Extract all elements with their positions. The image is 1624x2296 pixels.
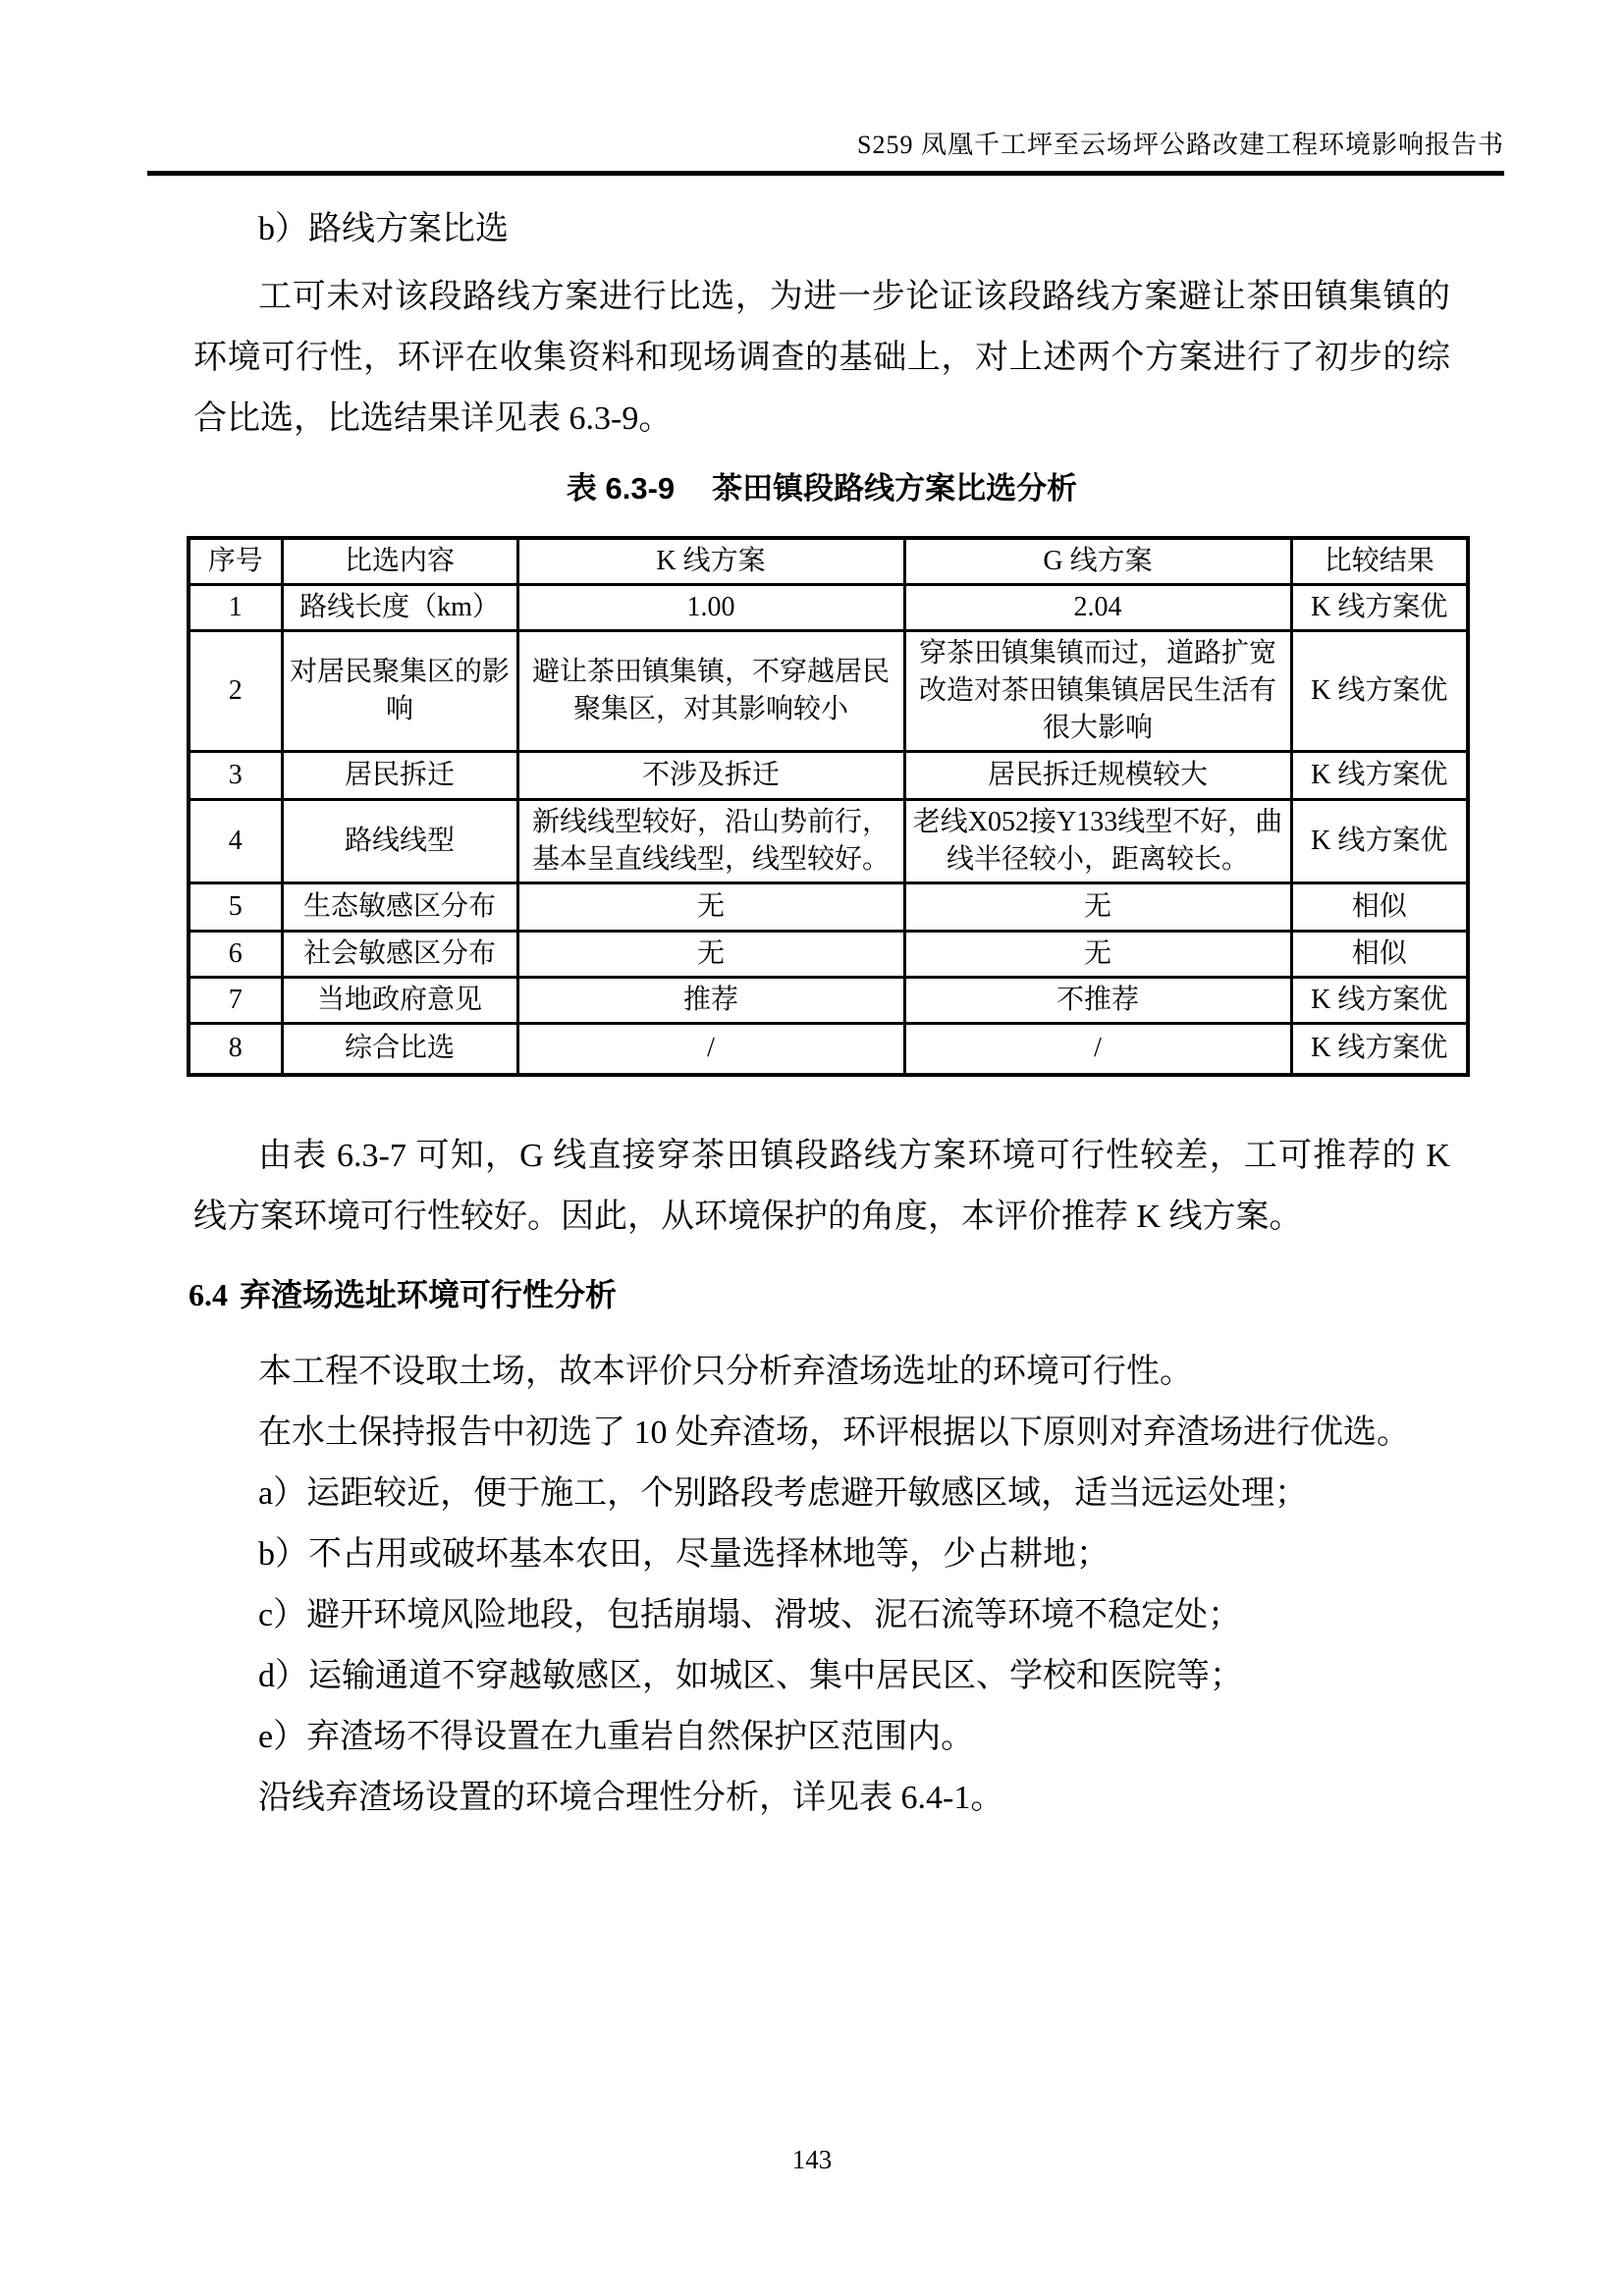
paragraph-route-comparison-intro: 工可未对该段路线方案进行比选，为进一步论证该段路线方案避让茶田镇集镇的环境可行性… <box>193 267 1450 450</box>
cell-result: K 线方案优 <box>1291 1024 1468 1075</box>
table-number: 表 6.3-9 <box>567 471 675 506</box>
cell-content: 居民拆迁 <box>282 752 517 800</box>
list-item-d: d）运输通道不穿越敏感区，如城区、集中居民区、学校和医院等； <box>193 1646 1450 1707</box>
list-item-a: a）运距较近，便于施工，个别路段考虑避开敏感区域，适当远运处理； <box>193 1464 1450 1524</box>
subsection-b-heading: b）路线方案比选 <box>193 208 1450 251</box>
document-page: S259 凤凰千工坪至云场坪公路改建工程环境影响报告书 b）路线方案比选 工可未… <box>0 0 1624 2296</box>
cell-result: K 线方案优 <box>1291 978 1468 1024</box>
cell-result: 相似 <box>1291 883 1468 932</box>
column-header-g-line: G 线方案 <box>904 538 1291 585</box>
cell-content: 社会敏感区分布 <box>282 932 517 978</box>
cell-k-line: 推荐 <box>517 978 904 1024</box>
table-row: 3 居民拆迁 不涉及拆迁 居民拆迁规模较大 K 线方案优 <box>189 752 1468 800</box>
cell-g-line: 居民拆迁规模较大 <box>904 752 1291 800</box>
table-row: 5 生态敏感区分布 无 无 相似 <box>189 883 1468 932</box>
table-caption: 茶田镇段路线方案比选分析 <box>712 471 1077 506</box>
paragraph-spoil-site-selection: 在水土保持报告中初选了 10 处弃渣场，环评根据以下原则对弃渣场进行优选。 <box>193 1403 1450 1464</box>
cell-g-line: 不推荐 <box>904 978 1291 1024</box>
cell-content: 路线线型 <box>282 800 517 883</box>
content-area: b）路线方案比选 工可未对该段路线方案进行比选，为进一步论证该段路线方案避让茶田… <box>193 0 1450 1829</box>
cell-k-line: 新线线型较好，沿山势前行，基本呈直线线型，线型较好。 <box>517 800 904 883</box>
comparison-table: 序号 比选内容 K 线方案 G 线方案 比较结果 1 路线长度（km） 1.00… <box>187 536 1470 1077</box>
cell-index: 1 <box>189 585 282 631</box>
list-item-e: e）弃渣场不得设置在九重岩自然保护区范围内。 <box>193 1707 1450 1768</box>
table-row: 2 对居民聚集区的影响 避让茶田镇集镇，不穿越居民聚集区，对其影响较小 穿茶田镇… <box>189 631 1468 752</box>
list-item-b: b）不占用或破坏基本农田，尽量选择林地等，少占耕地； <box>193 1524 1450 1585</box>
cell-content: 生态敏感区分布 <box>282 883 517 932</box>
cell-k-line: 避让茶田镇集镇，不穿越居民聚集区，对其影响较小 <box>517 631 904 752</box>
table-title: 表 6.3-9茶田镇段路线方案比选分析 <box>193 467 1450 510</box>
cell-index: 4 <box>189 800 282 883</box>
cell-index: 2 <box>189 631 282 752</box>
cell-index: 5 <box>189 883 282 932</box>
cell-result: K 线方案优 <box>1291 631 1468 752</box>
paragraph-comparison-conclusion: 由表 6.3-7 可知，G 线直接穿茶田镇段路线方案环境可行性较差，工可推荐的 … <box>193 1126 1450 1248</box>
table-row: 8 综合比选 / / K 线方案优 <box>189 1024 1468 1075</box>
cell-k-line: 无 <box>517 932 904 978</box>
section-heading-6-4: 6.4弃渣场选址环境可行性分析 <box>189 1271 1450 1318</box>
cell-g-line: 老线X052接Y133线型不好，曲线半径较小，距离较长。 <box>904 800 1291 883</box>
cell-result: K 线方案优 <box>1291 752 1468 800</box>
page-number: 143 <box>0 2144 1624 2175</box>
cell-g-line: / <box>904 1024 1291 1075</box>
table-header-row: 序号 比选内容 K 线方案 G 线方案 比较结果 <box>189 538 1468 585</box>
cell-k-line: 无 <box>517 883 904 932</box>
column-header-index: 序号 <box>189 538 282 585</box>
section-number: 6.4 <box>189 1277 228 1312</box>
cell-content: 综合比选 <box>282 1024 517 1075</box>
column-header-result: 比较结果 <box>1291 538 1468 585</box>
cell-k-line: 1.00 <box>517 585 904 631</box>
paragraph-see-table-641: 沿线弃渣场设置的环境合理性分析，详见表 6.4-1。 <box>193 1768 1450 1829</box>
cell-g-line: 2.04 <box>904 585 1291 631</box>
cell-content: 当地政府意见 <box>282 978 517 1024</box>
cell-k-line: 不涉及拆迁 <box>517 752 904 800</box>
cell-content: 对居民聚集区的影响 <box>282 631 517 752</box>
cell-k-line: / <box>517 1024 904 1075</box>
table-row: 7 当地政府意见 推荐 不推荐 K 线方案优 <box>189 978 1468 1024</box>
table-row: 6 社会敏感区分布 无 无 相似 <box>189 932 1468 978</box>
paragraph-no-borrow-area: 本工程不设取土场，故本评价只分析弃渣场选址的环境可行性。 <box>193 1342 1450 1403</box>
table-row: 4 路线线型 新线线型较好，沿山势前行，基本呈直线线型，线型较好。 老线X052… <box>189 800 1468 883</box>
cell-result: K 线方案优 <box>1291 800 1468 883</box>
list-item-c: c）避开环境风险地段，包括崩塌、滑坡、泥石流等环境不稳定处； <box>193 1585 1450 1646</box>
cell-index: 7 <box>189 978 282 1024</box>
cell-index: 6 <box>189 932 282 978</box>
table-row: 1 路线长度（km） 1.00 2.04 K 线方案优 <box>189 585 1468 631</box>
cell-content: 路线长度（km） <box>282 585 517 631</box>
column-header-content: 比选内容 <box>282 538 517 585</box>
cell-index: 8 <box>189 1024 282 1075</box>
cell-g-line: 无 <box>904 932 1291 978</box>
section-title: 弃渣场选址环境可行性分析 <box>240 1277 617 1312</box>
cell-g-line: 无 <box>904 883 1291 932</box>
column-header-k-line: K 线方案 <box>517 538 904 585</box>
cell-index: 3 <box>189 752 282 800</box>
cell-result: K 线方案优 <box>1291 585 1468 631</box>
cell-result: 相似 <box>1291 932 1468 978</box>
cell-g-line: 穿茶田镇集镇而过，道路扩宽改造对茶田镇集镇居民生活有很大影响 <box>904 631 1291 752</box>
